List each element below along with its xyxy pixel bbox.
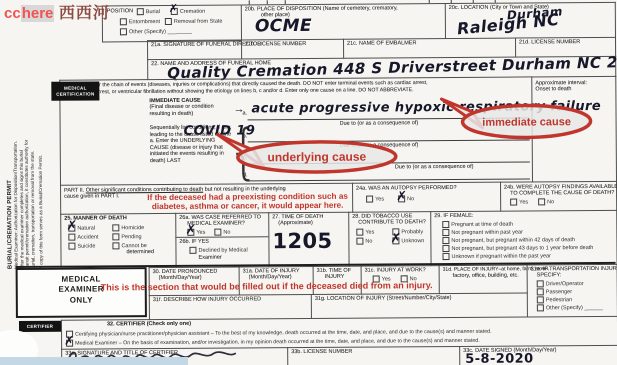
- checkbox-unknown-pregnant[interactable]: Unknown if pregnant within the past year: [442, 252, 550, 260]
- autopsy-findings-label-2: TO COMPLETE THE CAUSE OF DEATH?: [510, 190, 614, 197]
- checkbox-findings-no[interactable]: No: [538, 198, 554, 205]
- date-of-injury-label-2: (Month/Day/Year): [249, 274, 292, 281]
- checkbox-suicide[interactable]: Suicide: [68, 242, 95, 249]
- checkbox[interactable]: [366, 196, 373, 203]
- cause-line-a-value: acute progressive hypoxic respiratory fa…: [251, 100, 601, 115]
- permit-line-5: A copy of this form serves as a Burial/C…: [37, 97, 44, 269]
- checkbox[interactable]: [442, 229, 449, 236]
- due-to-label-b: Due to (or as a consequence of): [340, 142, 419, 149]
- checkbox[interactable]: ✗: [66, 340, 73, 347]
- tobacco-label-2: CONTRIBUTE TO DEATH?: [358, 219, 426, 226]
- handwritten-x-mark: ✗: [390, 232, 401, 245]
- checkbox[interactable]: [112, 242, 119, 249]
- checkbox[interactable]: [356, 229, 363, 236]
- checkbox-autopsy-yes[interactable]: Yes: [366, 195, 384, 202]
- checkbox-passenger[interactable]: Passenger: [537, 288, 572, 295]
- checkbox-pregnant-42-days[interactable]: Not pregnant, but pregnant within 42 day…: [442, 236, 575, 244]
- checkbox[interactable]: [510, 199, 517, 206]
- underlying-window-edge: [0, 357, 188, 365]
- due-to-label-a: Due to (or as a consequence of): [340, 120, 419, 127]
- certifier-tab: CERTIFIER: [19, 321, 61, 332]
- checkbox-referral-yes[interactable]: ✗Yes: [187, 229, 205, 236]
- certifier-label: 32. CERTIFIER (Check only one): [107, 321, 191, 328]
- checkbox[interactable]: [68, 243, 75, 250]
- declined-by-me-2: Examiner: [199, 255, 222, 262]
- part2-rest2: cause given in PART I.: [64, 193, 119, 200]
- permit-line-4: burial, cremation, transportation or rem…: [30, 97, 37, 269]
- checkbox[interactable]: [537, 288, 544, 295]
- funeral-director-license-label: 21b. LICENSE NUMBER: [245, 41, 306, 48]
- watermark: cchere 西西河: [4, 0, 110, 23]
- checkbox[interactable]: [68, 234, 75, 241]
- checkbox[interactable]: ✗: [171, 8, 178, 15]
- checkbox-cremation[interactable]: ✗Cremation: [171, 8, 205, 15]
- line-d-letter: d.: [243, 172, 248, 179]
- checkbox-findings-yes[interactable]: Yes: [510, 198, 528, 205]
- checkbox[interactable]: [120, 28, 127, 35]
- handwritten-x-mark: ✗: [185, 224, 196, 237]
- checkbox-driver-operator[interactable]: Driver/Operator: [537, 280, 584, 287]
- checkbox[interactable]: [538, 198, 545, 205]
- checkbox-transport-other[interactable]: Other (Specify) ______: [537, 304, 603, 311]
- meo-label-3: ONLY: [18, 295, 145, 306]
- checkbox[interactable]: [120, 18, 127, 25]
- checkbox[interactable]: ✗: [187, 229, 194, 236]
- checkbox[interactable]: [442, 221, 449, 228]
- checkbox-pregnant-43-days[interactable]: Not pregnant, but pregnant 43 days to 1 …: [442, 244, 593, 252]
- checkbox-other-specify[interactable]: Other (Specify) ________: [120, 28, 192, 36]
- checkbox[interactable]: [442, 237, 449, 244]
- watermark-cc: cc: [4, 5, 21, 22]
- checkbox-pregnant-at-death[interactable]: Pregnant at time of death: [442, 221, 513, 228]
- checkbox[interactable]: [165, 18, 172, 25]
- checkbox-pedestrian[interactable]: Pedestrian: [537, 296, 572, 303]
- checkbox-burial[interactable]: Burial: [137, 8, 160, 15]
- checkbox-removal-from-state[interactable]: Removal from State: [165, 18, 223, 25]
- interval-header-2: Onset to death: [535, 86, 571, 93]
- checkbox-autopsy-no[interactable]: ✗No: [398, 195, 414, 202]
- checkbox-accident[interactable]: Accident: [68, 233, 98, 240]
- how-injury-occurred-label: 31f. DESCRIBE HOW INJURY OCCURRED: [153, 296, 261, 303]
- cannot-be-determined-2: determined: [126, 249, 154, 256]
- referral-if-yes-label: 26b. IF YES: [179, 239, 209, 246]
- checkbox[interactable]: [189, 247, 196, 254]
- time-of-death-label-2: (Approximate): [278, 220, 313, 227]
- handwritten-x-mark: ✗: [66, 220, 77, 233]
- checkbox[interactable]: [537, 296, 544, 303]
- immediate-cause-sub: (Final disease or condition resulting in…: [149, 104, 231, 118]
- checkbox[interactable]: [356, 238, 363, 245]
- checkbox-homicide[interactable]: Homicide: [112, 224, 144, 231]
- annotation-underlying-cause: underlying cause: [240, 150, 394, 164]
- checkbox-tobacco-unknown[interactable]: ✗Unknown: [392, 237, 424, 244]
- place-of-injury-label-2: factory, office, building, etc.: [453, 273, 519, 280]
- date-pronounced-label-2: (Month/Day/Year): [159, 275, 202, 282]
- watermark-site-name: 西西河: [59, 5, 110, 22]
- checkbox-pending[interactable]: Pending: [112, 233, 141, 240]
- checkbox[interactable]: ✗: [392, 237, 399, 244]
- checkbox[interactable]: [442, 253, 449, 260]
- checkbox[interactable]: ✗: [398, 195, 405, 202]
- handwritten-x-mark: ✗: [396, 190, 407, 203]
- checkbox[interactable]: ✗: [68, 225, 75, 232]
- checkbox[interactable]: [112, 224, 119, 231]
- embalmer-name-label: 21c. NAME OF EMBALMER: [347, 40, 416, 47]
- certifier-license-label: 33b. LICENSE NUMBER: [291, 349, 352, 356]
- checkbox[interactable]: [214, 229, 221, 236]
- time-of-injury-label-2: INJURY: [325, 274, 345, 281]
- place-of-disposition-value: OCME: [255, 18, 312, 35]
- annotation-immediate-cause: immediate cause: [466, 116, 588, 129]
- checkbox-tobacco-yes[interactable]: Yes: [356, 229, 374, 236]
- checkbox-natural[interactable]: ✗Natural: [68, 224, 95, 231]
- checkbox[interactable]: [112, 233, 119, 240]
- embalmer-license-label: 21d. LICENSE NUMBER: [519, 39, 580, 46]
- checkbox-not-pregnant-year[interactable]: Not pregnant within past year: [442, 229, 523, 237]
- line-a-letter: a.: [242, 110, 247, 117]
- checkbox-tobacco-no[interactable]: No: [356, 238, 372, 245]
- checkbox[interactable]: [442, 245, 449, 252]
- transportation-injury-label-2: SPECIFY:: [537, 272, 562, 279]
- checkbox[interactable]: [137, 8, 144, 15]
- checkbox-entombment[interactable]: Entombment: [120, 18, 160, 25]
- due-to-label-c: Due to (or as a consequence of): [395, 164, 474, 171]
- handwritten-x-mark: ✗: [169, 3, 178, 14]
- cause-line-b-value: COVID 19: [184, 124, 256, 137]
- injury-at-work-label: 31c. INJURY AT WORK?: [365, 267, 426, 274]
- method-label: POSITION: [107, 8, 133, 15]
- form-paper: POSITION Burial ✗Cremation Entombment Re…: [0, 0, 617, 365]
- time-of-death-value: 1205: [272, 231, 332, 252]
- location-of-injury-label: 31g. LOCATION OF INJURY (Street/Number/C…: [315, 295, 452, 303]
- watermark-here: here: [21, 5, 55, 22]
- checkbox-declined-by-me[interactable]: Declined by Medical: [189, 246, 247, 253]
- scanned-death-certificate: POSITION Burial ✗Cremation Entombment Re…: [0, 0, 617, 365]
- annotation-preexisting-2: diabetes, asthma or cancer, it would app…: [130, 201, 365, 212]
- checkbox-referral-no[interactable]: No: [214, 229, 230, 236]
- if-female-label: 29. IF FEMALE:: [434, 213, 473, 220]
- checkbox[interactable]: [537, 280, 544, 287]
- checkbox[interactable]: [537, 304, 544, 311]
- date-signed-value: 5-8-2020: [465, 352, 533, 365]
- handwritten-x-mark: ✗: [64, 335, 74, 347]
- burial-cremation-permit-strip: BURIAL/CREMATION PERMIT Medical Examiner…: [5, 97, 60, 269]
